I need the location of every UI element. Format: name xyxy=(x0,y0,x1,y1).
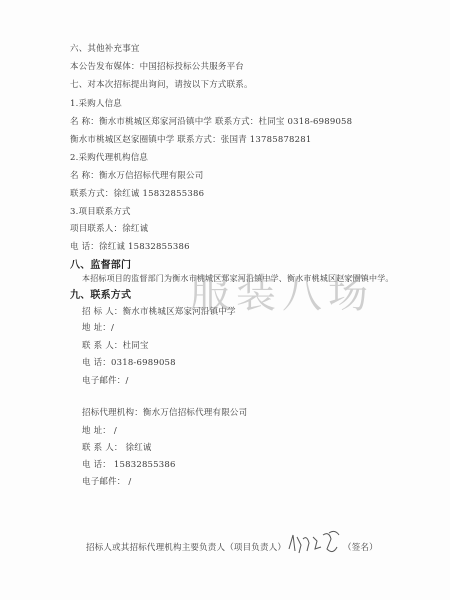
tenderer-contact: 联 系 人：杜同宝 xyxy=(82,339,149,351)
section6-title: 六、其他补充事宜 xyxy=(70,42,140,54)
agency-name-line: 名 称：衡水万信招标代理有限公司 xyxy=(70,169,203,181)
agency2-address: 地 址： / xyxy=(82,424,117,436)
agency-contact-line: 联系方式：徐红诚 15832855386 xyxy=(70,187,204,199)
signature-line: 招标人或其招标代理机构主要负责人（项目负责人） xyxy=(86,541,286,553)
document-page: 六、其他补充事宜 本公告发布媒体：中国招标投标公共服务平台 七、对本次招标提出询… xyxy=(0,0,450,600)
purchaser-name-line: 名 称：衡水市桃城区郑家河沿镇中学 联系方式：杜同宝 0318-6989058 xyxy=(70,115,352,127)
project-phone-line: 电 话：徐红诚 15832855386 xyxy=(70,240,190,252)
handwritten-signature-icon xyxy=(285,527,345,559)
signature-suffix: （签名） xyxy=(343,541,378,553)
project-heading: 3.项目联系方式 xyxy=(70,205,131,217)
agency2-phone: 电 话： 15832855386 xyxy=(82,458,176,470)
project-contact-line: 项目联系人：徐红诚 xyxy=(70,222,148,234)
purchaser-name-line2: 衡水市桃城区赵家圈镇中学 联系方式：张国青 13785878281 xyxy=(70,133,312,145)
tenderer-phone: 电 话：0318-6989058 xyxy=(82,356,176,368)
section9-title: 九、联系方式 xyxy=(70,286,131,301)
section7-title: 七、对本次招标提出询问，请按以下方式联系。 xyxy=(70,78,253,90)
agency2-contact: 联 系 人： 徐红诚 xyxy=(82,441,152,453)
agency2-line: 招标代理机构：衡水万信招标代理有限公司 xyxy=(82,406,247,418)
purchaser-heading: 1.采购人信息 xyxy=(70,97,122,109)
tenderer-address: 地 址：/ xyxy=(82,321,114,333)
agency-heading: 2.采购代理机构信息 xyxy=(70,151,148,163)
section8-title: 八、监督部门 xyxy=(70,256,131,271)
tenderer-email: 电子邮件：/ xyxy=(82,374,129,386)
media-line: 本公告发布媒体：中国招标投标公共服务平台 xyxy=(70,60,244,72)
agency2-email: 电子邮件： / xyxy=(82,475,131,487)
watermark: 服装八场 xyxy=(190,262,374,319)
